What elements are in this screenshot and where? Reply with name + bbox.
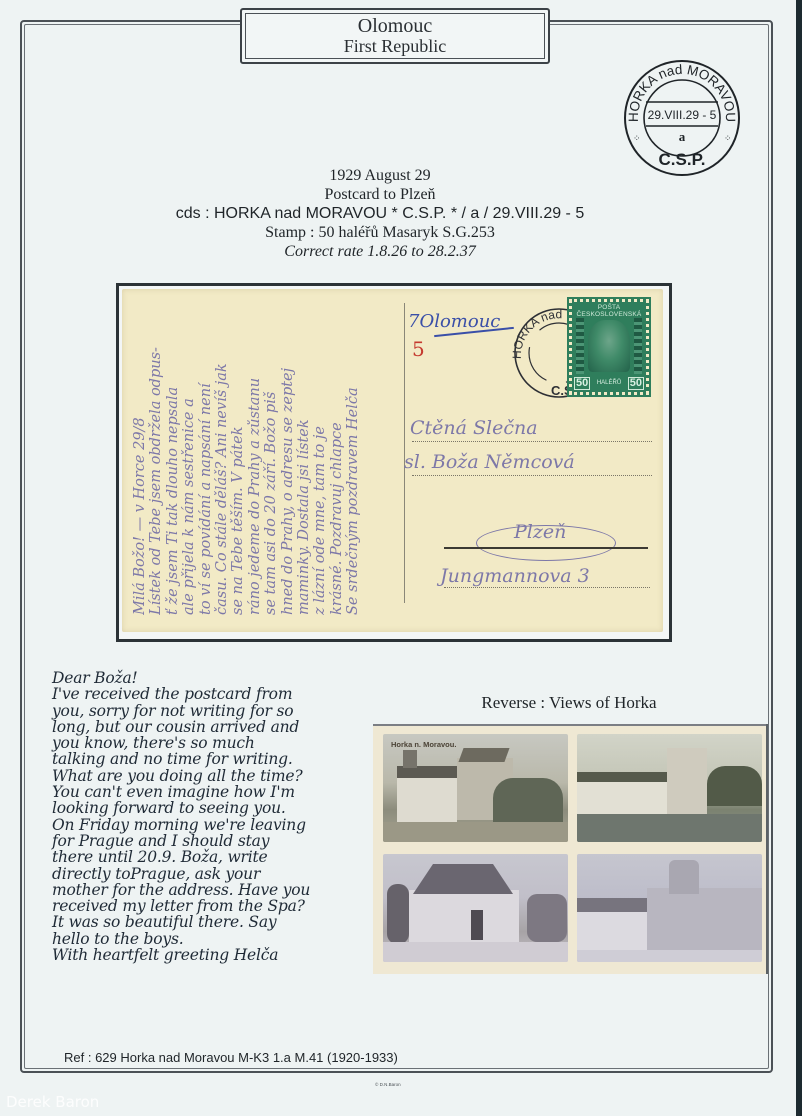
translation-line: you know, there's so much	[52, 735, 372, 751]
message-line: krásné. Pozdravuj chlapce	[329, 307, 345, 615]
stamp-unit: HALÉŘŮ	[597, 380, 621, 386]
translation-line: looking forward to seeing you.	[52, 800, 372, 816]
translation-line: talking and no time for writing.	[52, 751, 372, 767]
view-street-church: Horka n. Moravou.	[383, 734, 568, 842]
translation-line: there until 20.9. Boža, write	[52, 849, 372, 865]
message-line: hned do Prahy, o adresu se zeptej	[280, 307, 296, 615]
desc-item: Postcard to Plzeň	[100, 185, 660, 204]
message-line: Milá Božo! — v Horce 29/8	[132, 307, 148, 615]
laurel-right-icon	[634, 318, 642, 374]
page-edge	[796, 0, 802, 1116]
translation-line: directly toPrague, ask your	[52, 866, 372, 882]
translation-line: Dear Boža!	[52, 670, 372, 686]
stamp-country: POŠTA ČESKOSLOVENSKÁ	[572, 304, 646, 318]
message-line: to ví se povídání a napsání není	[198, 307, 214, 615]
postcard-front: Milá Božo! — v Horce 29/8Lístek od Tebe …	[122, 289, 663, 632]
translation-line: received my letter from the Spa?	[52, 898, 372, 914]
message-line: Lístek od Tebe jsem obdržela odpus-	[148, 307, 164, 615]
message-translation: Dear Boža!I've received the postcard fro…	[52, 670, 372, 963]
stamp-value-left: 50	[574, 377, 590, 390]
view-hotel	[383, 854, 568, 962]
message-line: ale přijela k nám sestřenice a	[181, 307, 197, 615]
address-street: Jungmannova 3	[440, 565, 590, 587]
page-title: Olomouc	[358, 16, 432, 36]
item-description: 1929 August 29 Postcard to Plzeň cds : H…	[100, 166, 660, 261]
postcard-reverse: Horka n. Moravou.	[373, 724, 767, 974]
svg-text:a: a	[679, 129, 686, 144]
translation-line: for Prague and I should stay	[52, 833, 372, 849]
message-line: maminky. Dostala jsi lístek	[296, 307, 312, 615]
translation-line: With heartfelt greeting Helča	[52, 947, 372, 963]
desc-stamp: Stamp : 50 haléřů Masaryk S.G.253	[100, 223, 660, 242]
translation-line: you, sorry for not writing for so	[52, 703, 372, 719]
address-line-2: sl. Boža Němcová	[404, 451, 575, 473]
copyright: © D.N.Baron	[375, 1082, 401, 1087]
view-caption: Horka n. Moravou.	[391, 740, 456, 749]
svg-text:⁘: ⁘	[633, 134, 641, 144]
desc-rate: Correct rate 1.8.26 to 28.2.37	[100, 242, 660, 261]
translation-line: long, but our cousin arrived and	[52, 719, 372, 735]
watermark: Derek Baron	[6, 1093, 99, 1111]
message-line: z lázní ode mne, tam to je	[312, 307, 328, 615]
translation-line: You can't even imagine how I'm	[52, 784, 372, 800]
desc-cds: cds : HORKA nad MORAVOU * C.S.P. * / a /…	[100, 204, 660, 223]
reverse-border	[766, 724, 768, 974]
desc-date: 1929 August 29	[100, 166, 660, 185]
translation-line: What are you doing all the time?	[52, 768, 372, 784]
laurel-left-icon	[576, 318, 584, 374]
stamp-value-right: 50	[628, 377, 644, 390]
svg-text:C.S.P.: C.S.P.	[659, 150, 706, 169]
address-line-1: Ctěná Slečna	[410, 417, 538, 439]
address-rule-1	[412, 441, 652, 442]
postcard-mount: Milá Božo! — v Horce 29/8Lístek od Tebe …	[116, 283, 672, 642]
view-corner-building	[577, 854, 762, 962]
message-line: se na Tebe těším. V pátek	[230, 307, 246, 615]
translation-line: mother for the address. Have you	[52, 882, 372, 898]
postage-stamp: POŠTA ČESKOSLOVENSKÁ 50 HALÉŘŮ 50	[569, 299, 649, 395]
title-box: Olomouc First Republic	[240, 8, 550, 64]
postmark-icon: HORKA nad MORAVOU 29.VIII.29 - 5 a ⁘ ⁘ C…	[622, 58, 742, 178]
svg-text:HORKA nad: HORKA nad	[510, 307, 562, 359]
address-rule-2	[412, 475, 652, 476]
message-line: ráno jedeme do Prahy a zůstanu	[247, 307, 263, 615]
translation-line: I've received the postcard from	[52, 686, 372, 702]
svg-text:29.VIII.29 - 5: 29.VIII.29 - 5	[648, 108, 717, 122]
translation-line: It was so beautiful there. Say	[52, 914, 372, 930]
message-line: ť že jsem Ti tak dlouho nepsala	[165, 307, 181, 615]
masaryk-portrait-icon	[588, 320, 630, 372]
translation-line: On Friday morning we're leaving	[52, 817, 372, 833]
message-line: času. Co stále děláš? Ani nevíš jak	[214, 307, 230, 615]
svg-text:⁘: ⁘	[724, 134, 732, 144]
reverse-title: Reverse : Views of Horka	[372, 693, 766, 713]
page-subtitle: First Republic	[344, 36, 447, 56]
postcard-message: Milá Božo! — v Horce 29/8Lístek od Tebe …	[130, 301, 402, 621]
translation-line: hello to the boys.	[52, 931, 372, 947]
view-mill	[577, 734, 762, 842]
reference-note: Ref : 629 Horka nad Moravou M-K3 1.a M.4…	[64, 1050, 398, 1065]
message-line: Se srdečným pozdravem Helča	[345, 307, 361, 615]
routing-number: 5	[412, 337, 425, 361]
address-rule-4	[444, 587, 650, 588]
address-city-rule	[444, 547, 648, 549]
address-city: Plzeň	[514, 521, 566, 543]
message-line: se tam asi do 20 září. Božo piš	[263, 307, 279, 615]
